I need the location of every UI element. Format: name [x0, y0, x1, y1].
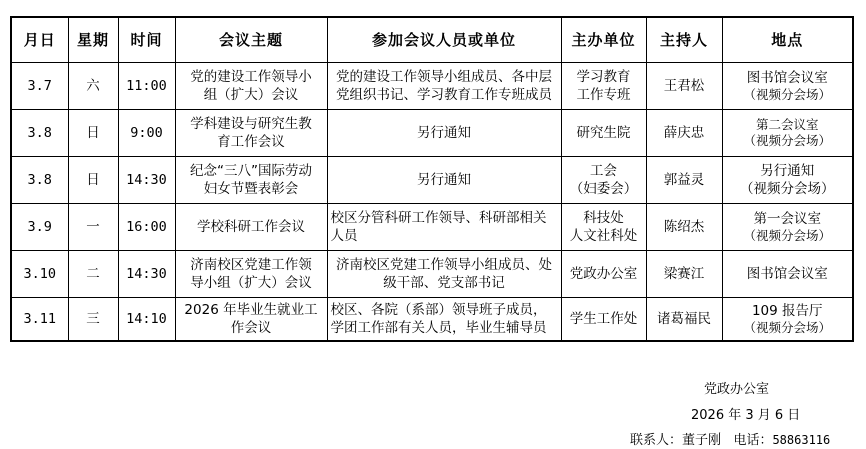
cell-location: 109 报告厅 （视频分会场）: [722, 298, 853, 342]
header-weekday: 星期: [68, 17, 118, 63]
meeting-schedule-table: 月日 星期 时间 会议主题 参加会议人员或单位 主办单位 主持人 地点 3.7 …: [10, 16, 854, 342]
location-line: （视频分会场）: [726, 320, 850, 336]
cell-attendees: 校区分管科研工作领导、科研部相关 人员: [327, 204, 561, 251]
cell-date: 3.9: [11, 204, 68, 251]
cell-topic: 2026 年毕业生就业工 作会议: [175, 298, 327, 342]
cell-attendees: 校区、各院（系部）领导班子成员， 学团工作部有关人员，毕业生辅导员: [327, 298, 561, 342]
cell-weekday: 一: [68, 204, 118, 251]
table-row: 3.8 日 9:00 学科建设与研究生教 育工作会议 另行通知 研究生院 薛庆忠…: [11, 110, 853, 157]
cell-attendees: 另行通知: [327, 110, 561, 157]
cell-location: 第二会议室 （视频分会场）: [722, 110, 853, 157]
topic-line: 组（扩大）会议: [179, 86, 324, 104]
cell-organizer: 党政办公室: [561, 251, 646, 298]
cell-date: 3.8: [11, 157, 68, 204]
header-host: 主持人: [646, 17, 722, 63]
issue-date: 2026 年 3 月 6 日: [691, 404, 800, 423]
organizer-line: 党政办公室: [565, 265, 643, 283]
cell-attendees: 济南校区党建工作领导小组成员、处 级干部、党支部书记: [327, 251, 561, 298]
attendees-line: 人员: [331, 227, 558, 245]
header-date: 月日: [11, 17, 68, 63]
topic-line: 党的建设工作领导小: [179, 68, 324, 86]
topic-line: 纪念“三八”国际劳动: [179, 162, 324, 180]
attendees-line: 校区分管科研工作领导、科研部相关: [331, 209, 558, 227]
location-line: 第一会议室: [726, 210, 850, 228]
contact-label: 联系人：: [630, 433, 682, 448]
table-row: 3.7 六 11:00 党的建设工作领导小 组（扩大）会议 党的建设工作领导小组…: [11, 63, 853, 110]
attendees-line: 另行通知: [331, 124, 558, 142]
location-line: 图书馆会议室: [726, 265, 850, 283]
header-time: 时间: [118, 17, 175, 63]
attendees-line: 级干部、党支部书记: [331, 274, 558, 292]
header-organizer: 主办单位: [561, 17, 646, 63]
topic-line: 学校科研工作会议: [179, 218, 324, 236]
issuing-office: 党政办公室: [704, 378, 769, 397]
attendees-line: 校区、各院（系部）领导班子成员，: [331, 301, 558, 319]
cell-location: 第一会议室 （视频分会场）: [722, 204, 853, 251]
cell-date: 3.10: [11, 251, 68, 298]
organizer-line: 学习教育: [565, 68, 643, 86]
cell-time: 9:00: [118, 110, 175, 157]
header-attendees: 参加会议人员或单位: [327, 17, 561, 63]
cell-weekday: 日: [68, 157, 118, 204]
cell-location: 图书馆会议室: [722, 251, 853, 298]
cell-weekday: 三: [68, 298, 118, 342]
topic-line: 育工作会议: [179, 133, 324, 151]
organizer-line: 工作专班: [565, 86, 643, 104]
cell-weekday: 二: [68, 251, 118, 298]
cell-location: 另行通知 （视频分会场）: [722, 157, 853, 204]
cell-weekday: 日: [68, 110, 118, 157]
topic-line: 济南校区党建工作领: [179, 256, 324, 274]
organizer-line: 学生工作处: [565, 310, 643, 328]
cell-host: 梁赛江: [646, 251, 722, 298]
cell-time: 14:10: [118, 298, 175, 342]
organizer-line: 科技处: [565, 209, 643, 227]
cell-location: 图书馆会议室 （视频分会场）: [722, 63, 853, 110]
cell-attendees: 另行通知: [327, 157, 561, 204]
topic-line: 2026 年毕业生就业工: [179, 301, 324, 319]
cell-host: 薛庆忠: [646, 110, 722, 157]
cell-attendees: 党的建设工作领导小组成员、各中层 党组织书记、学习教育工作专班成员: [327, 63, 561, 110]
table-row: 3.9 一 16:00 学校科研工作会议 校区分管科研工作领导、科研部相关 人员…: [11, 204, 853, 251]
contact-name: 董子刚: [682, 433, 721, 448]
organizer-line: 工会: [565, 162, 643, 180]
location-line: 109 报告厅: [726, 302, 850, 320]
header-location: 地点: [722, 17, 853, 63]
topic-line: 妇女节暨表彰会: [179, 180, 324, 198]
cell-host: 王君松: [646, 63, 722, 110]
cell-host: 郭益灵: [646, 157, 722, 204]
table-row: 3.10 二 14:30 济南校区党建工作领 导小组（扩大）会议 济南校区党建工…: [11, 251, 853, 298]
organizer-line: 人文社科处: [565, 227, 643, 245]
cell-topic: 学科建设与研究生教 育工作会议: [175, 110, 327, 157]
table-row: 3.8 日 14:30 纪念“三八”国际劳动 妇女节暨表彰会 另行通知 工会 （…: [11, 157, 853, 204]
cell-topic: 纪念“三八”国际劳动 妇女节暨表彰会: [175, 157, 327, 204]
organizer-line: （妇委会）: [565, 180, 643, 198]
location-line: （视频分会场）: [726, 228, 850, 244]
cell-organizer: 科技处 人文社科处: [561, 204, 646, 251]
cell-time: 11:00: [118, 63, 175, 110]
cell-organizer: 学习教育 工作专班: [561, 63, 646, 110]
cell-topic: 济南校区党建工作领 导小组（扩大）会议: [175, 251, 327, 298]
cell-date: 3.8: [11, 110, 68, 157]
location-line: （视频分会场）: [726, 87, 850, 103]
cell-organizer: 学生工作处: [561, 298, 646, 342]
cell-topic: 党的建设工作领导小 组（扩大）会议: [175, 63, 327, 110]
cell-time: 14:30: [118, 157, 175, 204]
cell-organizer: 研究生院: [561, 110, 646, 157]
cell-time: 14:30: [118, 251, 175, 298]
location-line: 图书馆会议室: [726, 69, 850, 87]
location-line: 另行通知: [726, 162, 850, 180]
cell-weekday: 六: [68, 63, 118, 110]
attendees-line: 济南校区党建工作领导小组成员、处: [331, 256, 558, 274]
attendees-line: 学团工作部有关人员，毕业生辅导员: [331, 319, 558, 337]
location-line: （视频分会场）: [726, 180, 850, 198]
header-topic: 会议主题: [175, 17, 327, 63]
cell-date: 3.7: [11, 63, 68, 110]
cell-time: 16:00: [118, 204, 175, 251]
phone-number: 58863116: [772, 433, 830, 447]
location-line: 第二会议室: [726, 117, 850, 133]
attendees-line: 党的建设工作领导小组成员、各中层: [331, 68, 558, 86]
attendees-line: 另行通知: [331, 171, 558, 189]
attendees-line: 党组织书记、学习教育工作专班成员: [331, 86, 558, 104]
table-row: 3.11 三 14:10 2026 年毕业生就业工 作会议 校区、各院（系部）领…: [11, 298, 853, 342]
topic-line: 导小组（扩大）会议: [179, 274, 324, 292]
organizer-line: 研究生院: [565, 124, 643, 142]
cell-host: 陈绍杰: [646, 204, 722, 251]
cell-date: 3.11: [11, 298, 68, 342]
phone-label: 电话：: [733, 433, 772, 448]
header-row: 月日 星期 时间 会议主题 参加会议人员或单位 主办单位 主持人 地点: [11, 17, 853, 63]
cell-host: 诸葛福民: [646, 298, 722, 342]
topic-line: 作会议: [179, 319, 324, 337]
contact-info: 联系人：董子刚 电话：58863116: [630, 429, 830, 448]
cell-topic: 学校科研工作会议: [175, 204, 327, 251]
topic-line: 学科建设与研究生教: [179, 115, 324, 133]
location-line: （视频分会场）: [726, 133, 850, 149]
cell-organizer: 工会 （妇委会）: [561, 157, 646, 204]
